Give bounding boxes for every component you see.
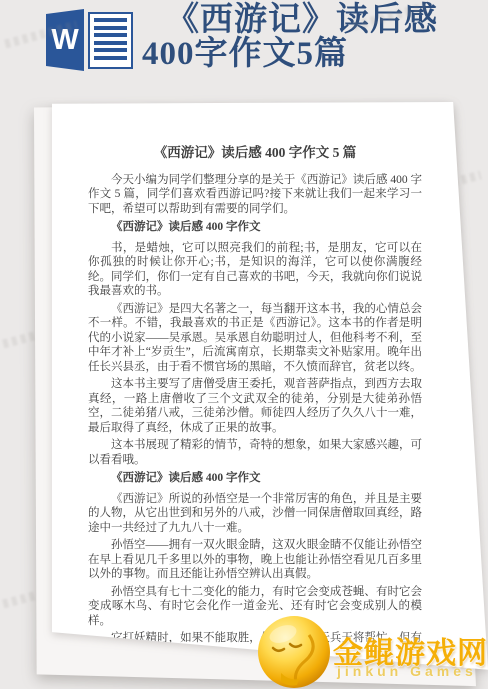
screenshot-root: W 《西游记》读后感 400字作文5篇 《西游记》读后感 400 字作文 5 篇…: [0, 0, 488, 689]
gold-coin-icon: [256, 614, 332, 689]
doc-paragraph: 这本书主要写了唐僧受唐王委托，观音菩萨指点，到西方去取真经，一路上唐僧收了三个文…: [88, 377, 422, 435]
watermark-smudge: [2, 581, 76, 609]
document-content: 《西游记》读后感 400 字作文 5 篇今天小编为同学们整理分享的是关于《西游记…: [88, 146, 422, 663]
doc-heading: 《西游记》读后感 400 字作文: [88, 471, 422, 486]
doc-paragraph: 今天小编为同学们整理分享的是关于《西游记》读后感 400 字作文 5 篇，同学们…: [88, 173, 422, 217]
doc-paragraph: 书，是蜡烛，它可以照亮我们的前程;书，是朋友，它可以在你孤独的时候让你开心;书，…: [88, 241, 422, 299]
doc-paragraph: 《西游记》所说的孙悟空是一个非常厉害的角色，并且是主要的人物，从它出世到和另外的…: [88, 492, 422, 536]
doc-paragraph: 这本书展现了精彩的情节，奇特的想象，如果大家感兴趣，可以看看哦。: [88, 438, 422, 467]
banner-title-line2: 400字作文5篇: [142, 36, 348, 72]
ms-word-icon: W: [46, 8, 136, 72]
doc-paragraph: 孙悟空具有七十二变化的能力，有时它会变成苍蝇、有时它会变成啄木鸟、有时它会化作一…: [88, 585, 422, 629]
site-logo-subtitle: jinkun Games: [337, 663, 477, 679]
word-document-page-icon: [88, 12, 133, 69]
doc-title: 《西游记》读后感 400 字作文 5 篇: [88, 146, 422, 161]
banner-title-line1: 《西游记》读后感: [166, 2, 438, 38]
doc-heading: 《西游记》读后感 400 字作文: [88, 220, 422, 235]
watermark-smudge: [2, 321, 76, 349]
doc-paragraph: 《西游记》是四大名著之一，每当翻开这本书，我的心情总会不一样。不错，我最喜欢的书…: [88, 302, 422, 375]
doc-paragraph: 孙悟空——拥有一双火眼金睛，这双火眼金睛不仅能让孙悟空在早上看见几千多里以外的事…: [88, 538, 422, 582]
word-flag-icon: W: [46, 9, 84, 71]
watermark-smudge: [408, 171, 482, 199]
